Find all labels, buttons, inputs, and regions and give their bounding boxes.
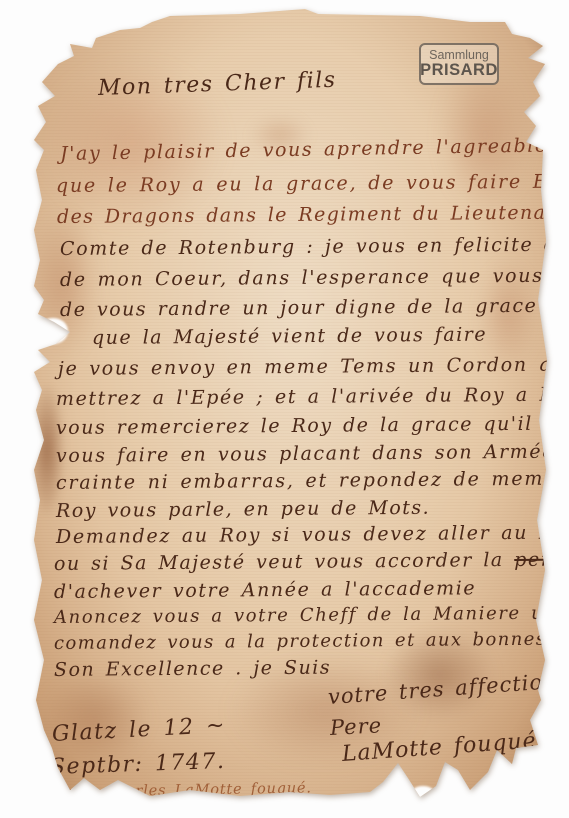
collection-stamp: Sammlung PRISARD bbox=[419, 43, 499, 85]
handwriting-line-body: d'achever votre Année a l'accademie bbox=[54, 577, 476, 603]
handwriting-line-body: Demandez au Roy si vous devez aller au R… bbox=[56, 521, 569, 548]
handwriting-line-body: vous remercierez le Roy de la grace qu'i… bbox=[56, 412, 569, 439]
handwriting-line-body: Son Excellence . je Suis bbox=[54, 657, 331, 681]
stamp-line-1: Sammlung bbox=[429, 49, 489, 62]
handwriting-line-body: Comte de Rotenburg : je vous en felicite… bbox=[60, 233, 569, 260]
handwriting-line-body: mettrez a l'Epée ; et a l'arivée du Roy … bbox=[56, 383, 569, 410]
handwriting-line-closing: Pere bbox=[329, 713, 382, 740]
handwriting-line-body: je vous envoy en meme Tems un Cordon que… bbox=[58, 353, 569, 380]
scanned-letter-page: Sammlung PRISARD Mon tres Cher filsJ'ay … bbox=[0, 0, 569, 818]
handwriting-line-body: que la Majesté vient de vous faire bbox=[92, 324, 487, 349]
handwriting-line-body: Anoncez vous a votre Cheff de la Maniere… bbox=[54, 602, 569, 628]
fold-crease bbox=[82, 796, 412, 801]
struck-word: permis bbox=[514, 548, 569, 571]
handwriting-line-body: comandez vous a la protection et aux bon… bbox=[54, 628, 569, 654]
handwriting-line-body: des Dragons dans le Regiment du Lieutena… bbox=[57, 201, 569, 228]
handwriting-line-body: crainte ni embarras, et repondez de meme… bbox=[56, 467, 569, 494]
handwriting-line-body: de vous randre un jour digne de la grace… bbox=[60, 294, 569, 321]
handwriting-line-body: Roy vous parle, en peu de Mots. bbox=[56, 497, 430, 522]
handwriting-line-body: de mon Coeur, dans l'esperance que vous … bbox=[60, 264, 569, 291]
handwriting-line-body: vous faire en vous placant dans son Armé… bbox=[56, 440, 569, 467]
handwriting-line-body: que le Roy a eu la grace, de vous faire … bbox=[56, 170, 569, 197]
aged-paper: Sammlung PRISARD Mon tres Cher filsJ'ay … bbox=[0, 0, 569, 818]
paper-wrapper: Sammlung PRISARD Mon tres Cher filsJ'ay … bbox=[0, 0, 569, 818]
stamp-line-2: PRISARD bbox=[420, 62, 498, 79]
handwriting-line-annotation: Henry Charles LaMotte fouqué. bbox=[46, 780, 312, 801]
handwriting-line-body: ou si Sa Majesté veut vous accorder la p… bbox=[54, 547, 569, 575]
